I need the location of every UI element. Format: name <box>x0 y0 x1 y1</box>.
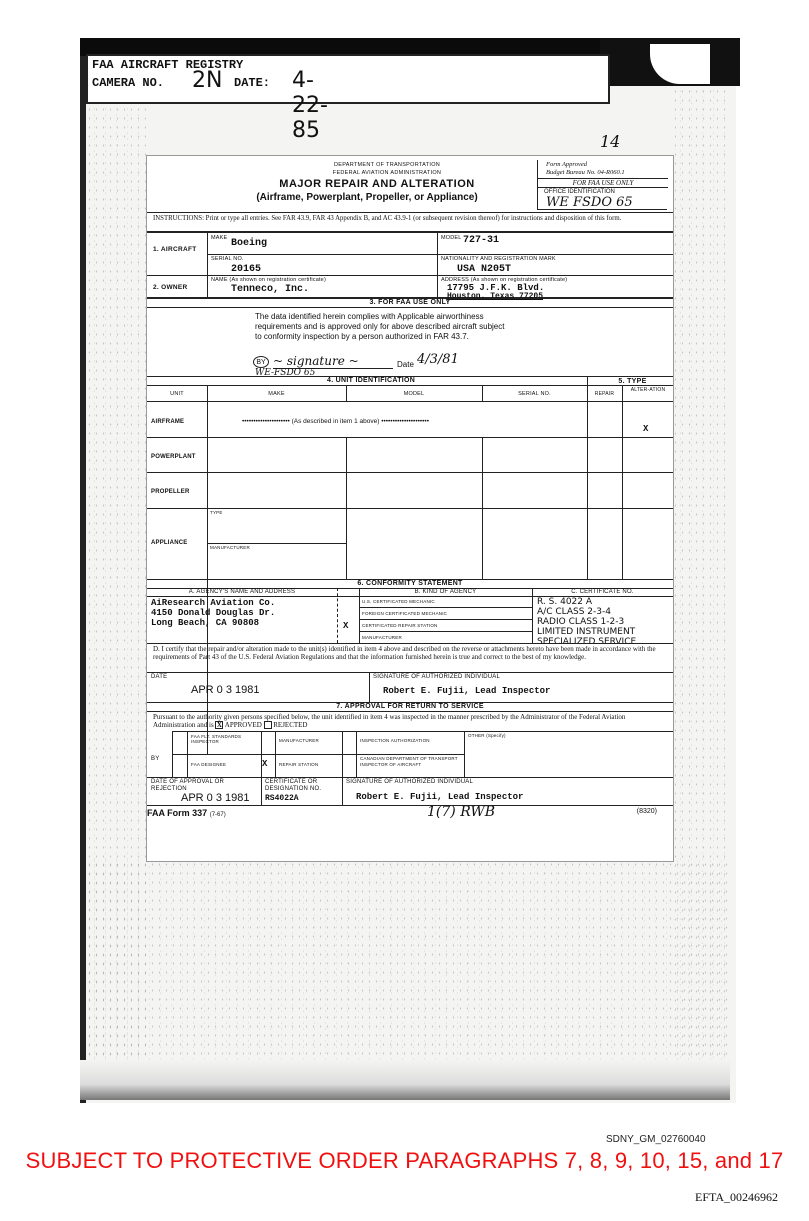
col-repair: REPAIR <box>587 391 622 397</box>
agency-header: A. AGENCY'S NAME AND ADDRESS <box>147 589 337 595</box>
serial-value: 20165 <box>231 264 261 275</box>
owner-name: Tenneco, Inc. <box>231 284 309 295</box>
opt-faa-inspector: FAA FLT. STANDARDS INSPECTOR <box>191 734 261 744</box>
row-powerplant: POWERPLANT <box>151 454 196 460</box>
conformity-date-label: DATE <box>151 674 167 680</box>
serial-label: SERIAL NO. <box>211 256 244 262</box>
scan-noise-bottom <box>86 860 730 1060</box>
col-alteration: ALTER-ATION <box>623 387 673 393</box>
agency-address-2: Long Beach, CA 90808 <box>151 618 259 628</box>
form-title: MAJOR REPAIR AND ALTERATION <box>237 178 517 190</box>
camera-row: CAMERA NO. 2N DATE: 4-22-85 <box>92 76 164 90</box>
approval-signature-label: SIGNATURE OF AUTHORIZED INDIVIDUAL <box>346 779 473 785</box>
col-model: MODEL <box>346 391 482 397</box>
kind-us-mechanic: U.S. CERTIFICATED MECHANIC <box>359 596 532 608</box>
approval-section-label: 7. APPROVAL FOR RETURN TO SERVICE <box>147 703 673 710</box>
efta-id: EFTA_00246962 <box>695 1190 778 1205</box>
handwritten-note: 1(7) RWB <box>427 804 495 820</box>
appliance-manufacturer-label: MANUFACTURER <box>210 545 250 550</box>
nationality-value: USA N205T <box>457 264 511 275</box>
aircraft-owner-block <box>147 232 673 298</box>
opt-manufacturer: MANUFACTURER <box>279 738 319 743</box>
airframe-note: ••••••••••••••••••••• (As described in i… <box>242 418 429 425</box>
unit-id-section-label: 4. UNIT IDENTIFICATION <box>327 377 415 384</box>
kind-manufacturer: MANUFACTURER <box>359 632 532 643</box>
row-propeller: PROPELLER <box>151 489 189 495</box>
form-code: (8320) <box>637 808 657 815</box>
bates-number: SDNY_GM_02760040 <box>606 1134 706 1145</box>
owner-section-label: 2. OWNER <box>153 284 188 291</box>
conformity-date: APR 0 3 1981 <box>191 684 260 696</box>
certify-statement: D. I certify that the repair and/or alte… <box>153 645 667 661</box>
cert-header: C. CERTIFICATE NO. <box>532 589 673 595</box>
registry-label: FAA AIRCRAFT REGISTRY CAMERA NO. 2N DATE… <box>86 54 610 104</box>
faa-signature: ~ signature ~ <box>273 354 393 369</box>
kind-repair-station: X CERTIFICATED REPAIR STATION <box>359 620 532 632</box>
owner-name-label: NAME (As shown on registration certifica… <box>211 277 326 283</box>
agency-address-1: 4150 Donald Douglas Dr. <box>151 608 275 618</box>
kind-foreign-mechanic: FOREIGN CERTIFICATED MECHANIC <box>359 608 532 620</box>
conformity-section-label: 6. CONFORMITY STATEMENT <box>147 580 673 587</box>
row-appliance: APPLIANCE <box>151 540 187 546</box>
registry-date: 4-22-85 <box>292 68 328 143</box>
department: DEPARTMENT OF TRANSPORTATION <box>257 162 517 168</box>
faa-date-label: Date <box>397 360 414 369</box>
repair-station-check: X <box>343 621 348 631</box>
approval-date: APR 0 3 1981 <box>181 792 250 804</box>
kind-header: B. KIND OF AGENCY <box>359 589 532 595</box>
approval-signature: Robert E. Fujii, Lead Inspector <box>356 792 523 802</box>
repair-station-approval-check: X <box>262 759 267 769</box>
approval-by-label: BY <box>151 756 159 762</box>
page-mark: 14 <box>600 132 620 151</box>
conformity-signature-label: SIGNATURE OF AUTHORIZED INDIVIDUAL <box>373 674 500 680</box>
by-label: BY <box>253 356 269 368</box>
row-airframe: AIRFRAME <box>151 419 184 425</box>
model-value: 727-31 <box>463 235 499 246</box>
instructions: INSTRUCTIONS: Print or type all entries.… <box>147 212 673 232</box>
for-faa-use-only: FOR FAA USE ONLY <box>538 178 668 188</box>
rejected-label: REJECTED <box>273 721 307 729</box>
make-value: Boeing <box>231 238 267 249</box>
certificate-number-stamp: R. S. 4022 A A/C CLASS 2-3-4 RADIO CLASS… <box>537 597 673 647</box>
agency-name: AiResearch Aviation Co. <box>151 598 275 608</box>
faa-form-337: DEPARTMENT OF TRANSPORTATION FEDERAL AVI… <box>146 155 674 862</box>
opt-canadian-inspector: CANADIAN DEPARTMENT OF TRANSPORT INSPECT… <box>360 756 460 768</box>
col-serial: SERIAL NO. <box>482 391 587 397</box>
agency-kind-list: U.S. CERTIFICATED MECHANIC FOREIGN CERTI… <box>359 596 532 643</box>
rejected-checkbox[interactable] <box>264 721 272 729</box>
camera-number: 2N <box>192 68 222 93</box>
camera-label: CAMERA NO. <box>92 76 164 90</box>
protective-order-notice: SUBJECT TO PROTECTIVE ORDER PARAGRAPHS 7… <box>0 1148 809 1174</box>
conformity-signature: Robert E. Fujii, Lead Inspector <box>383 686 550 696</box>
appliance-type-label: TYPE <box>210 510 223 515</box>
scan-bottom-edge <box>80 1060 730 1100</box>
approval-cert-label: CERTIFICATE OR DESIGNATION NO. <box>265 779 341 793</box>
aircraft-section-label: 1. AIRCRAFT <box>153 246 197 253</box>
form-number: FAA Form 337 (7-67) <box>147 808 226 818</box>
col-make: MAKE <box>207 391 346 397</box>
faa-use-box: Form Approved Budget Bureau No. 04-R060.… <box>537 160 667 210</box>
airframe-alteration-mark: X <box>643 424 648 434</box>
make-label: MAKE <box>211 235 227 241</box>
date-label: DATE: <box>234 76 270 90</box>
approved-checkbox[interactable]: X <box>215 721 223 729</box>
approved-label: APPROVED <box>225 721 262 729</box>
approval-statement: Pursuant to the authority given persons … <box>153 713 667 729</box>
office-id-value: WE FSDO 65 <box>546 195 633 210</box>
col-unit: UNIT <box>147 391 207 397</box>
approval-cert-no: RS4022A <box>265 794 299 803</box>
approval-date-label: DATE OF APPROVAL OR REJECTION <box>151 779 259 793</box>
opt-inspection-authorization: INSPECTION AUTHORIZATION <box>360 738 430 743</box>
form-subtitle: (Airframe, Powerplant, Propeller, or App… <box>207 192 527 203</box>
opt-repair-station: REPAIR STATION <box>279 762 318 767</box>
form-approved: Form Approved Budget Bureau No. 04-R060.… <box>546 161 625 177</box>
faa-approval-statement: The data identified herein complies with… <box>255 312 505 342</box>
agency: FEDERAL AVIATION ADMINISTRATION <box>257 170 517 176</box>
model-label: MODEL <box>441 235 462 241</box>
nationality-label: NATIONALITY AND REGISTRATION MARK <box>441 256 556 262</box>
opt-other: OTHER (Specify) <box>468 733 506 738</box>
type-section-label: 5. TYPE <box>592 378 673 385</box>
faa-date: 4/3/81 <box>417 352 459 367</box>
opt-faa-designee: FAA DESIGNEE <box>191 762 226 767</box>
faa-use-section-label: 3. FOR FAA USE ONLY <box>147 299 673 306</box>
